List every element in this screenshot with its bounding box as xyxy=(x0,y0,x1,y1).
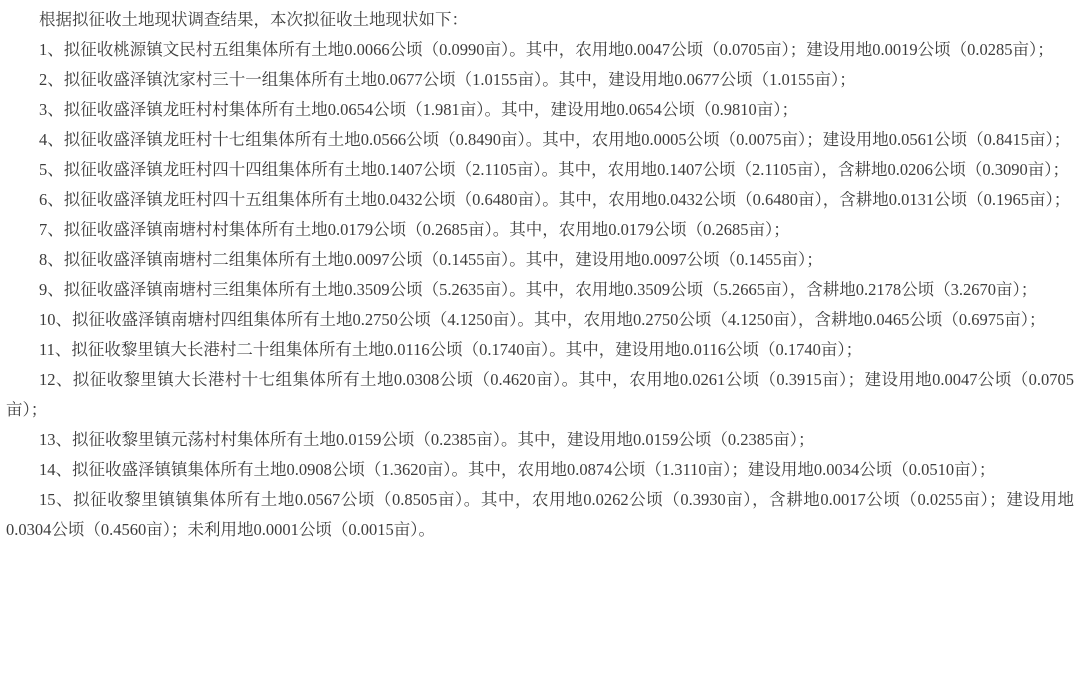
document-page: 根据拟征收土地现状调查结果，本次拟征收土地现状如下： 1、拟征收桃源镇文民村五组… xyxy=(0,0,1080,699)
land-item-paragraph: 13、拟征收黎里镇元荡村村集体所有土地0.0159公顷（0.2385亩）。其中，… xyxy=(6,425,1074,455)
land-item-paragraph: 6、拟征收盛泽镇龙旺村四十五组集体所有土地0.0432公顷（0.6480亩）。其… xyxy=(6,185,1074,215)
land-item-paragraph: 15、拟征收黎里镇镇集体所有土地0.0567公顷（0.8505亩）。其中，农用地… xyxy=(6,485,1074,545)
land-item-paragraph: 11、拟征收黎里镇大长港村二十组集体所有土地0.0116公顷（0.1740亩）。… xyxy=(6,335,1074,365)
land-item-paragraph: 7、拟征收盛泽镇南塘村村集体所有土地0.0179公顷（0.2685亩）。其中，农… xyxy=(6,215,1074,245)
land-item-paragraph: 4、拟征收盛泽镇龙旺村十七组集体所有土地0.0566公顷（0.8490亩）。其中… xyxy=(6,125,1074,155)
land-item-paragraph: 9、拟征收盛泽镇南塘村三组集体所有土地0.3509公顷（5.2635亩）。其中，… xyxy=(6,275,1074,305)
land-item-paragraph: 8、拟征收盛泽镇南塘村二组集体所有土地0.0097公顷（0.1455亩）。其中，… xyxy=(6,245,1074,275)
land-items-list: 1、拟征收桃源镇文民村五组集体所有土地0.0066公顷（0.0990亩）。其中，… xyxy=(6,35,1074,545)
land-item-paragraph: 14、拟征收盛泽镇镇集体所有土地0.0908公顷（1.3620亩）。其中，农用地… xyxy=(6,455,1074,485)
intro-paragraph: 根据拟征收土地现状调查结果，本次拟征收土地现状如下： xyxy=(6,5,1074,35)
land-item-paragraph: 1、拟征收桃源镇文民村五组集体所有土地0.0066公顷（0.0990亩）。其中，… xyxy=(6,35,1074,65)
land-item-paragraph: 3、拟征收盛泽镇龙旺村村集体所有土地0.0654公顷（1.981亩）。其中，建设… xyxy=(6,95,1074,125)
land-item-paragraph: 2、拟征收盛泽镇沈家村三十一组集体所有土地0.0677公顷（1.0155亩）。其… xyxy=(6,65,1074,95)
land-item-paragraph: 12、拟征收黎里镇大长港村十七组集体所有土地0.0308公顷（0.4620亩）。… xyxy=(6,365,1074,425)
land-item-paragraph: 5、拟征收盛泽镇龙旺村四十四组集体所有土地0.1407公顷（2.1105亩）。其… xyxy=(6,155,1074,185)
land-item-paragraph: 10、拟征收盛泽镇南塘村四组集体所有土地0.2750公顷（4.1250亩）。其中… xyxy=(6,305,1074,335)
